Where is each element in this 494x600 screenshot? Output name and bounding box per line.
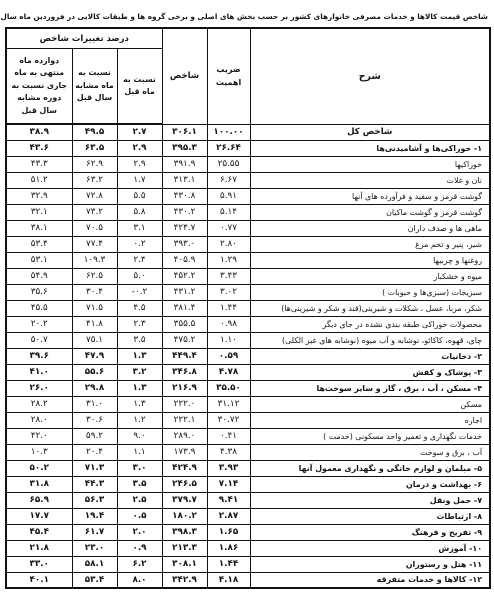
cell-weight: ۱.۲۹ — [207, 252, 250, 268]
table-row: سبزیجات (سبزی‌ها و حبوبات )۳.۰۲۴۳۱.۲-۰.۲… — [6, 284, 490, 300]
table-row: ۲- دخانیات۰.۵۹۴۴۹.۴۱.۳۴۷.۹۳۹.۶ — [6, 348, 490, 364]
table-row: ۷- حمل ونقل۹.۴۱۳۷۹.۷۲.۵۵۶.۳۶۵.۹ — [6, 492, 490, 508]
cell-index: ۴۰۵.۹ — [162, 252, 207, 268]
cell-year-over-year: ۷۱.۳ — [72, 460, 117, 476]
table-row: محصولات خوراکی طبقه بندی نشده در جای دیگ… — [6, 316, 490, 332]
cell-weight: ۱.۴۴ — [207, 300, 250, 316]
cell-month-over-month: ۲.۷ — [117, 124, 162, 140]
table-row: ۸- ارتباطات۲.۸۷۱۸۰.۲۰.۵۱۹.۴۱۷.۷ — [6, 508, 490, 524]
cell-month-over-month: ۵.۸ — [117, 204, 162, 220]
cell-twelve-month: ۴۵.۵ — [6, 300, 72, 316]
cell-weight: ۴.۱۸ — [207, 572, 250, 588]
cell-description: شیر، پنیر و تخم مرغ — [250, 236, 490, 252]
cell-weight: ۱.۶۵ — [207, 524, 250, 540]
cell-twelve-month: ۳۸.۱ — [6, 220, 72, 236]
cell-month-over-month: ۱.۱ — [117, 444, 162, 460]
cell-year-over-year: ۲۳.۰ — [72, 540, 117, 556]
cell-month-over-month: ۵.۵ — [117, 188, 162, 204]
table-header: شرح ضریب اهمیت شاخص درصد تغییرات شاخص نس… — [6, 28, 490, 124]
document-page: شاخص قیمت کالاها و خدمات مصرفی خانوارهای… — [0, 0, 494, 600]
table-row: خدمات نگهداری و تعمیر واحد مسکونی (خدمت … — [6, 428, 490, 444]
cell-twelve-month: ۴۰.۱ — [6, 572, 72, 588]
cell-index: ۴۵۲.۲ — [162, 268, 207, 284]
cell-year-over-year: ۴۷.۹ — [72, 348, 117, 364]
cell-twelve-month: ۲۶.۰ — [6, 380, 72, 396]
cell-weight: ۱.۸۶ — [207, 540, 250, 556]
table-row: آب ، برق و سوخت۴.۳۸۱۷۳.۹۱.۱۲۰.۴۱۰.۳ — [6, 444, 490, 460]
cell-weight: ۵.۹۱ — [207, 188, 250, 204]
cell-month-over-month: ۳.۵ — [117, 332, 162, 348]
column-header-year-over-year: نسبت به ماه مشابه سال قبل — [72, 49, 117, 125]
table-row: ۵- مبلمان و لوازم خانگی و نگهداری معمول … — [6, 460, 490, 476]
table-row: میوه و خشکبار۳.۴۳۴۵۲.۲۵.۰۶۲.۵۵۴.۹ — [6, 268, 490, 284]
cell-index: ۳۹۵.۳ — [162, 140, 207, 156]
cell-twelve-month: ۲۰.۲ — [6, 316, 72, 332]
cell-weight: ۳۱.۱۲ — [207, 396, 250, 412]
cell-month-over-month: ۰.۵ — [117, 508, 162, 524]
cell-description: ۹- تفریح و فرهنگ — [250, 524, 490, 540]
cell-description: سبزیجات (سبزی‌ها و حبوبات ) — [250, 284, 490, 300]
cell-index: ۲۱۳.۳ — [162, 540, 207, 556]
cell-weight: ۳.۰۲ — [207, 284, 250, 300]
cell-index: ۱۸۰.۲ — [162, 508, 207, 524]
cell-month-over-month: ۳.۵ — [117, 476, 162, 492]
cell-weight: ۶.۶۷ — [207, 172, 250, 188]
cell-year-over-year: ۶۲.۵ — [72, 268, 117, 284]
cell-twelve-month: ۳۲.۱ — [6, 204, 72, 220]
cell-index: ۲۱۶.۹ — [162, 380, 207, 396]
cell-twelve-month: ۵۳.۴ — [6, 236, 72, 252]
cell-description: ۵- مبلمان و لوازم خانگی و نگهداری معمول … — [250, 460, 490, 476]
cell-description: ۷- حمل ونقل — [250, 492, 490, 508]
cell-index: ۴۳۰.۸ — [162, 188, 207, 204]
cell-twelve-month: ۳۲.۹ — [6, 188, 72, 204]
cell-index: ۳۸۱.۴ — [162, 300, 207, 316]
table-row: شکر، مربا، عسل ، شکلات و شیرینی(قند و شک… — [6, 300, 490, 316]
table-row: ۱۱- هتل و رستوران۱.۴۴۳۰۸.۱۶.۲۵۸.۱۳۳.۰ — [6, 556, 490, 572]
cell-weight: ۱.۴۴ — [207, 556, 250, 572]
cell-year-over-year: ۳۰.۴ — [72, 284, 117, 300]
cell-index: ۴۲۴.۷ — [162, 220, 207, 236]
cell-twelve-month: ۴۱.۰ — [6, 364, 72, 380]
cell-year-over-year: ۶۱.۷ — [72, 524, 117, 540]
cell-twelve-month: ۵۱.۲ — [6, 172, 72, 188]
cell-twelve-month: ۵۰.۲ — [6, 460, 72, 476]
table-row: ۴- مسکن ، آب ، برق ، گاز و سایر سوخت‌ها۳… — [6, 380, 490, 396]
cell-weight: ۳.۴۳ — [207, 268, 250, 284]
cell-twelve-month: ۳۱.۸ — [6, 476, 72, 492]
cell-index: ۳۴۶.۸ — [162, 364, 207, 380]
cell-description: آب ، برق و سوخت — [250, 444, 490, 460]
cell-description: ۱۱- هتل و رستوران — [250, 556, 490, 572]
cell-year-over-year: ۵۸.۱ — [72, 556, 117, 572]
table-row: گوشت قرمز و سفید و فرآورده های آنها۵.۹۱۴… — [6, 188, 490, 204]
cell-weight: ۳۰.۷۲ — [207, 412, 250, 428]
cell-year-over-year: ۵۵.۶ — [72, 364, 117, 380]
cell-description: ۲- دخانیات — [250, 348, 490, 364]
cell-month-over-month: -۰.۲ — [117, 284, 162, 300]
cell-description: خدمات نگهداری و تعمیر واحد مسکونی (خدمت … — [250, 428, 490, 444]
cell-twelve-month: ۴۳.۶ — [6, 140, 72, 156]
cell-index: ۲۲۲.۰ — [162, 396, 207, 412]
cell-weight: ۰.۹۸ — [207, 316, 250, 332]
cell-description: نان و غلات — [250, 172, 490, 188]
table-row: نان و غلات۶.۶۷۳۱۳.۱۱.۷۶۳.۲۵۱.۲ — [6, 172, 490, 188]
table-body: شاخص کل۱۰۰.۰۰۳۰۶.۱۲.۷۴۹.۵۳۸.۹۱- خوراکی‌ه… — [6, 124, 490, 588]
cell-twelve-month: ۵۴.۹ — [6, 268, 72, 284]
cell-month-over-month: ۲.۰ — [117, 524, 162, 540]
cell-description: روغنها و چربیها — [250, 252, 490, 268]
cell-twelve-month: ۳۸.۹ — [6, 124, 72, 140]
cell-description: ۱۲- کالاها و خدمات متفرقه — [250, 572, 490, 588]
page-title: شاخص قیمت کالاها و خدمات مصرفی خانوارهای… — [0, 12, 488, 21]
cell-twelve-month: ۳۹.۶ — [6, 348, 72, 364]
cell-weight: ۲.۸۷ — [207, 508, 250, 524]
table-row: شاخص کل۱۰۰.۰۰۳۰۶.۱۲.۷۴۹.۵۳۸.۹ — [6, 124, 490, 140]
cell-index: ۳۱۳.۱ — [162, 172, 207, 188]
table-row: شیر، پنیر و تخم مرغ۲.۸۰۳۹۳.۰۰.۲۷۷.۴۵۳.۴ — [6, 236, 490, 252]
cell-month-over-month: ۳.۲ — [117, 364, 162, 380]
cpi-table: شرح ضریب اهمیت شاخص درصد تغییرات شاخص نس… — [5, 27, 491, 589]
cell-year-over-year: ۷۰.۵ — [72, 220, 117, 236]
cell-description: شاخص کل — [250, 124, 490, 140]
cell-description: خوراکیها — [250, 156, 490, 172]
cell-month-over-month: ۸.۰ — [117, 572, 162, 588]
cell-year-over-year: ۷۷.۴ — [72, 236, 117, 252]
cell-year-over-year: ۴۱.۸ — [72, 316, 117, 332]
cell-description: محصولات خوراکی طبقه بندی نشده در جای دیگ… — [250, 316, 490, 332]
column-header-month-over-month: نسبت به ماه قبل — [117, 49, 162, 125]
cell-month-over-month: ۱.۲ — [117, 412, 162, 428]
cell-twelve-month: ۵۳.۱ — [6, 252, 72, 268]
cell-twelve-month: ۲۱.۸ — [6, 540, 72, 556]
cell-description: ۱- خوراکی‌ها و آشامیدنی‌ها — [250, 140, 490, 156]
cell-description: چای، قهوه، کاکائو، نوشابه و آب میوه (نوش… — [250, 332, 490, 348]
cell-year-over-year: ۷۲.۸ — [72, 188, 117, 204]
cell-index: ۳۵۵.۵ — [162, 316, 207, 332]
cell-weight: ۳۵.۵۰ — [207, 380, 250, 396]
cell-month-over-month: ۴.۵ — [117, 300, 162, 316]
table-row: ۳- پوشاک و کفش۴.۷۸۳۴۶.۸۳.۲۵۵.۶۴۱.۰ — [6, 364, 490, 380]
table-row: ماهی ها و صدف داران۰.۷۷۴۲۴.۷۳.۱۷۰.۵۳۸.۱ — [6, 220, 490, 236]
cell-year-over-year: ۲۰.۴ — [72, 444, 117, 460]
cell-twelve-month: ۴۲.۰ — [6, 428, 72, 444]
cell-month-over-month: ۲.۹ — [117, 156, 162, 172]
cell-year-over-year: ۷۵.۱ — [72, 332, 117, 348]
cell-year-over-year: ۵۶.۳ — [72, 492, 117, 508]
table-row: ۹- تفریح و فرهنگ۱.۶۵۳۹۸.۳۲.۰۶۱.۷۴۵.۴ — [6, 524, 490, 540]
cell-year-over-year: ۴۴.۳ — [72, 476, 117, 492]
cell-weight: ۹.۴۱ — [207, 492, 250, 508]
table-row: گوشت قرمز و گوشت ماکیان۵.۱۴۴۳۰.۲۵.۸۷۳.۲۳… — [6, 204, 490, 220]
cell-index: ۲۲۲.۱ — [162, 412, 207, 428]
cell-twelve-month: ۱۰.۳ — [6, 444, 72, 460]
cell-weight: ۱.۱۰ — [207, 332, 250, 348]
cell-month-over-month: ۲.۵ — [117, 492, 162, 508]
cell-description: ماهی ها و صدف داران — [250, 220, 490, 236]
cell-year-over-year: ۶۲.۹ — [72, 156, 117, 172]
cell-description: اجاره — [250, 412, 490, 428]
cell-month-over-month: ۳.۱ — [117, 220, 162, 236]
cell-twelve-month: ۲۸.۰ — [6, 412, 72, 428]
table-row: ۱- خوراکی‌ها و آشامیدنی‌ها۲۶.۶۴۳۹۵.۳۲.۹۶… — [6, 140, 490, 156]
cell-description: ۳- پوشاک و کفش — [250, 364, 490, 380]
cell-index: ۴۳۱.۲ — [162, 284, 207, 300]
cell-index: ۳۹۳.۰ — [162, 236, 207, 252]
cell-index: ۳۰۸.۱ — [162, 556, 207, 572]
cell-weight: ۵.۱۴ — [207, 204, 250, 220]
cell-index: ۲۴۶.۵ — [162, 476, 207, 492]
cell-year-over-year: ۱۹.۴ — [72, 508, 117, 524]
cell-month-over-month: ۱.۳ — [117, 380, 162, 396]
cell-weight: ۰.۵۹ — [207, 348, 250, 364]
cell-index: ۳۹۸.۳ — [162, 524, 207, 540]
cell-description: شکر، مربا، عسل ، شکلات و شیرینی(قند و شک… — [250, 300, 490, 316]
cell-twelve-month: ۴۳.۳ — [6, 156, 72, 172]
cell-month-over-month: ۵.۰ — [117, 268, 162, 284]
cell-year-over-year: ۴۹.۵ — [72, 124, 117, 140]
column-header-description: شرح — [250, 28, 490, 124]
table-row: خوراکیها۲۵.۵۵۳۹۱.۹۲.۹۶۲.۹۴۳.۳ — [6, 156, 490, 172]
cell-index: ۱۷۳.۹ — [162, 444, 207, 460]
table-row: ۶- بهداشت و درمان۷.۱۴۲۴۶.۵۳.۵۴۴.۳۳۱.۸ — [6, 476, 490, 492]
cell-weight: ۱۰۰.۰۰ — [207, 124, 250, 140]
column-group-header-percent-changes: درصد تغییرات شاخص — [6, 28, 162, 49]
cell-month-over-month: ۶.۲ — [117, 556, 162, 572]
cell-month-over-month: ۲.۹ — [117, 140, 162, 156]
cell-month-over-month: ۰.۹ — [117, 540, 162, 556]
cell-weight: ۴.۳۸ — [207, 444, 250, 460]
cell-twelve-month: ۱۷.۷ — [6, 508, 72, 524]
cell-month-over-month: ۱.۳ — [117, 348, 162, 364]
column-header-weight: ضریب اهمیت — [207, 28, 250, 124]
table-row: ۱۲- کالاها و خدمات متفرقه۴.۱۸۳۴۲.۹۸.۰۵۳.… — [6, 572, 490, 588]
cell-description: ۶- بهداشت و درمان — [250, 476, 490, 492]
cell-month-over-month: ۲.۳ — [117, 316, 162, 332]
cell-index: ۳۹۱.۹ — [162, 156, 207, 172]
cell-index: ۴۴۹.۴ — [162, 348, 207, 364]
cell-year-over-year: ۳۰.۶ — [72, 412, 117, 428]
cell-weight: ۲۶.۶۴ — [207, 140, 250, 156]
table-row: مسکن۳۱.۱۲۲۲۲.۰۱.۳۳۱.۰۲۸.۲ — [6, 396, 490, 412]
cell-month-over-month: ۱.۳ — [117, 396, 162, 412]
cell-weight: ۲.۸۰ — [207, 236, 250, 252]
cell-description: مسکن — [250, 396, 490, 412]
cell-description: میوه و خشکبار — [250, 268, 490, 284]
cell-index: ۳۴۲.۹ — [162, 572, 207, 588]
cell-description: گوشت قرمز و گوشت ماکیان — [250, 204, 490, 220]
cell-month-over-month: ۱.۷ — [117, 172, 162, 188]
cell-weight: ۰.۷۷ — [207, 220, 250, 236]
cell-weight: ۷.۱۴ — [207, 476, 250, 492]
cell-year-over-year: ۳۱.۰ — [72, 396, 117, 412]
cell-twelve-month: ۲۸.۲ — [6, 396, 72, 412]
column-header-index: شاخص — [162, 28, 207, 124]
table-row: روغنها و چربیها۱.۲۹۴۰۵.۹۲.۴۱۰۹.۳۵۳.۱ — [6, 252, 490, 268]
cell-month-over-month: ۰.۲ — [117, 236, 162, 252]
cell-description: ۴- مسکن ، آب ، برق ، گاز و سایر سوخت‌ها — [250, 380, 490, 396]
cell-index: ۴۳۰.۲ — [162, 204, 207, 220]
cell-description: ۸- ارتباطات — [250, 508, 490, 524]
cell-description: گوشت قرمز و سفید و فرآورده های آنها — [250, 188, 490, 204]
cell-year-over-year: ۵۳.۴ — [72, 572, 117, 588]
cell-year-over-year: ۲۹.۸ — [72, 380, 117, 396]
cell-weight: ۴.۷۸ — [207, 364, 250, 380]
cell-month-over-month: ۲.۴ — [117, 252, 162, 268]
cell-month-over-month: ۹.۰ — [117, 428, 162, 444]
cell-year-over-year: ۷۳.۲ — [72, 204, 117, 220]
cell-month-over-month: ۳.۰ — [117, 460, 162, 476]
table-row: اجاره۳۰.۷۲۲۲۲.۱۱.۲۳۰.۶۲۸.۰ — [6, 412, 490, 428]
cell-twelve-month: ۵۰.۷ — [6, 332, 72, 348]
table-row: ۱۰- آموزش۱.۸۶۲۱۳.۳۰.۹۲۳.۰۲۱.۸ — [6, 540, 490, 556]
cell-weight: ۰.۴۱ — [207, 428, 250, 444]
cell-twelve-month: ۶۵.۹ — [6, 492, 72, 508]
cell-index: ۴۷۵.۲ — [162, 332, 207, 348]
cell-index: ۲۸۹.۰ — [162, 428, 207, 444]
cell-index: ۴۲۴.۹ — [162, 460, 207, 476]
cell-index: ۳۷۹.۷ — [162, 492, 207, 508]
cell-year-over-year: ۶۳.۲ — [72, 172, 117, 188]
cell-description: ۱۰- آموزش — [250, 540, 490, 556]
cell-index: ۳۰۶.۱ — [162, 124, 207, 140]
cell-weight: ۲۵.۵۵ — [207, 156, 250, 172]
table-row: چای، قهوه، کاکائو، نوشابه و آب میوه (نوش… — [6, 332, 490, 348]
cell-twelve-month: ۳۳.۰ — [6, 556, 72, 572]
cell-year-over-year: ۵۹.۲ — [72, 428, 117, 444]
column-header-twelve-month-average: دوازده ماه منتهی به ماه جاری نسبت به دور… — [6, 49, 72, 125]
cell-twelve-month: ۳۵.۶ — [6, 284, 72, 300]
cell-twelve-month: ۴۵.۴ — [6, 524, 72, 540]
cell-year-over-year: ۷۱.۵ — [72, 300, 117, 316]
cell-weight: ۳.۹۳ — [207, 460, 250, 476]
document-header: شاخص قیمت کالاها و خدمات مصرفی خانوارهای… — [0, 0, 494, 25]
cell-year-over-year: ۶۳.۵ — [72, 140, 117, 156]
cell-year-over-year: ۱۰۹.۳ — [72, 252, 117, 268]
